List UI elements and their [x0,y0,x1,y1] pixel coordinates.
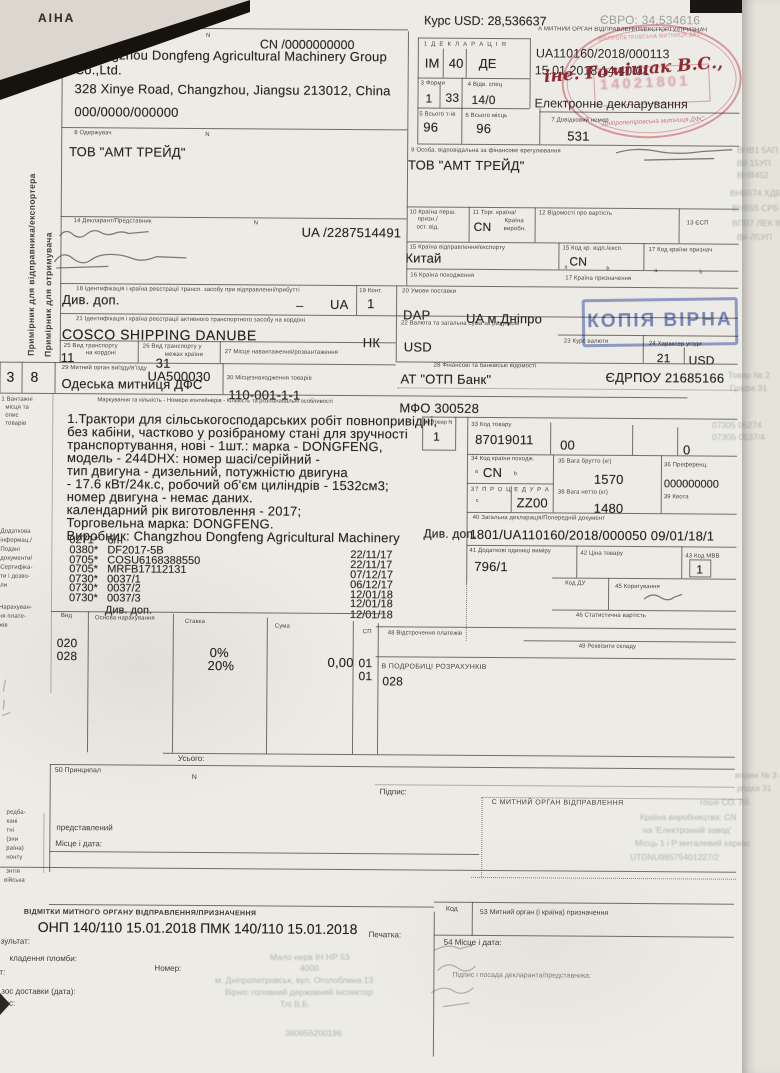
grid-line [49,851,479,855]
box41-label: 41 Додаткові одиниці виміру [469,548,551,555]
grid-line [138,341,139,363]
grid-line [376,626,736,630]
bleed-text: 380656200196 [285,1028,342,1038]
scribble-mark [50,248,200,273]
box28-label: 28 Фінансові та банківські відомості [434,363,537,370]
grid-line [356,285,357,315]
doc-date: 12/01/18 [350,609,393,621]
grid-line [461,78,462,144]
box53-label: 53 Митний орган (і країна) призначення [480,909,608,917]
grid-line [352,621,354,754]
grid-line [407,206,739,209]
kod-du-label: Код ДУ [565,581,585,587]
grid-line [417,107,529,109]
margin-docs-l: ли [0,583,7,589]
grid-line [434,902,734,905]
bleed-text: ВПВ7 ЛЕК ВН [732,218,780,228]
bleed-text: рядка 31 [737,783,772,793]
margin-docs-l: інформац./ [0,538,32,544]
grid-line [418,37,530,39]
bleed-text: воден № 3 — [735,770,780,780]
dotted-line [466,583,467,641]
grid-line [439,85,440,108]
scribble-mark [641,590,685,606]
box2-line4: 000/0000/000000 [74,104,178,120]
grid-line [466,417,468,583]
margin-docs-l: Сертифіка- [0,565,32,571]
margin-docs-l: Подані [0,547,20,553]
total-label: Усього: [178,754,205,763]
box24-v2: USD [689,353,715,367]
box1-im: ІМ [425,56,440,71]
grid-line [553,454,554,512]
dotted-line [398,387,738,390]
t-label: т: [0,968,5,977]
box20-label: 20 Умови поставки [402,288,456,294]
box15-value: Китай [405,250,441,265]
box10-l3: ост. від. [417,224,439,230]
pay-vyd: 028 [57,649,78,663]
grid-line [21,362,22,393]
box32-label: 32 Товар N [424,420,452,426]
box39-label: 39 Квота [664,494,689,500]
bottom-title: ВІДМІТКИ МИТНОГО ОРГАНУ ВІДПРАВЛЕННЯ/ПРИ… [24,909,257,918]
bleed-text: 4000 [300,963,319,973]
copy-digit-3: 3 [7,369,15,385]
box11-l3: виробн. [504,226,526,232]
box19-label: 19 Конт. [359,288,382,294]
grid-line [552,577,736,579]
box4-label: 4 Відв. спец [468,82,503,88]
box46-label: 46 Статистична вартість [576,613,646,619]
grid-line [524,640,736,642]
margin-cargo-l2: місця та [5,405,29,411]
bleed-text: Місць 1 і Р металевий каркас [635,838,750,848]
box8-label: 8 Одержувач [74,130,111,136]
bleed-text: гоше СО. Лб. [700,797,752,807]
grid-line [552,609,736,611]
nomer-label: Номер: [154,964,181,973]
box41-value: 796/1 [474,559,508,574]
bleed-text: Вй-Л5УП [737,232,772,242]
box25-l2: на кордоні [86,350,116,356]
grid-line [377,623,379,754]
box2-n: N [206,33,210,39]
box50-label: 50 Принципал [55,767,101,774]
grid-line [0,867,736,873]
bleed-text: 07305 05274 [712,420,762,430]
margin-fragment: нонту [6,855,22,861]
grid-line [266,617,268,753]
doc-num: 0037/3 [107,592,141,604]
grid-line [558,242,559,269]
box29-label: 29 Митний орган виїзду/в'їзду [62,365,147,372]
grid-line [50,393,53,693]
box3-v1: 1 [425,92,432,106]
margin-fragment: (зни [6,837,18,843]
country-title-overlay: АІНА [38,11,75,25]
grid-line [422,417,423,450]
scribble-mark [423,941,544,1018]
grid-line [466,49,467,78]
grid-line [49,904,434,908]
bleed-text: ВНВ574 ХДБ42БЛХ [730,188,780,198]
box14-value: UA /2287514491 [302,225,402,241]
seal-label: кладення пломби: [9,954,76,963]
grid-line [49,764,51,872]
kod-label: Код [446,906,458,913]
col-sum: Сума [275,624,290,630]
delivery-label: зос доставки (дата): [1,987,75,997]
box5-label: 5 Всього т-ів [419,112,455,118]
pechatka-label: Печатка: [369,930,401,939]
box14-n: N [254,220,258,226]
bleed-text: Вірно: головний державний інспектор [225,987,373,997]
box10-l2: призн./ [418,217,438,223]
grid-line [222,363,223,394]
box50-place: Місце і дата: [55,839,102,848]
grid-line [422,417,737,420]
box10-l1: 10 Країна перш. [410,209,456,215]
grid-line [61,127,407,130]
margin-cargo-l1: 1 Вантажні [1,397,32,403]
pay-sp: 01 [359,656,373,670]
grid-line [684,347,685,363]
box-c-label: С МИТНИЙ ОРГАН ВІДПРАВЛЕННЯ [492,799,624,807]
grid-line [576,546,577,578]
box3-label: 3 Форми [421,81,445,87]
box36-label: 36 Преференц. [664,462,708,468]
box22-label: 22 Валюта та загальна сума за рахунком [401,320,519,327]
box15a-value: CN [569,255,587,269]
grid-line [469,207,470,242]
margin-charges-l: жів [0,623,8,629]
margin-cargo-l3: опис [5,413,18,419]
doc-code: 0730* [69,592,98,604]
box17a-label: 17 Код країни признач [648,247,712,253]
bleed-text: Графа 31 [730,383,767,393]
box2-line3: 328 Xinye Road, Changzhou, Jiangsu 21301… [75,81,391,98]
grid-line [172,614,174,753]
grid-line [455,417,456,450]
pay-rate: 20% [208,658,235,673]
box9-value: ТОВ "АМТ ТРЕЙД" [408,157,525,173]
bleed-text: Мало нерв ІН НР 53 [270,952,350,962]
box33-v1: 87019011 [475,432,534,447]
box35-label: 35 Вага брутто (кг) [558,458,612,464]
grid-line [661,455,662,513]
grid-line [376,656,736,660]
box28-edrpou: ЄДРПОУ 21685166 [606,370,725,386]
col-base: Основа нарахування [95,615,155,621]
bleed-text: ВНВ1 5АП [737,145,778,155]
box30-label: 30 Місцезнаходження товарів [227,375,312,382]
bleed-text: Тлі В.Б. [280,999,310,1009]
box11-value: CN [474,220,492,234]
bleed-text: Товар № 2 [728,370,770,380]
box11-l1: 11 Торг. країна/ [473,210,516,216]
grid-line [406,268,738,271]
grid-line [417,37,419,143]
grid-line [550,422,551,454]
details-code: 028 [382,674,403,688]
copy-receiver-label: Примірник для отримувача [43,135,55,357]
box1-label: 1 Д Е К Л А Р А Ц І Я [424,42,507,49]
box6-label: 6 Всього місць [465,113,507,119]
box17-label: 17 Країна призначення [565,276,631,282]
margin-fragment: кані [6,819,17,825]
box3-v2: 33 [445,91,459,105]
box37-value: ZZ00 [517,495,548,510]
grid-line [529,38,530,108]
copy-digit-8: 8 [31,369,39,385]
box48-label: 48 Відстрочення платежів [388,630,462,637]
box31-label: Маркування та кількість - Номери контейн… [97,397,332,405]
box14-label: 14 Декларант/Представник [74,218,152,225]
onp-line: ОНП 140/110 15.01.2018 ПМК 140/110 15.01… [38,919,358,937]
grid-line [681,546,682,578]
usd-rate: Курс USD: 28,536637 [424,14,547,29]
box50-presented: представлений [56,823,112,832]
box18-code: UA [330,297,349,312]
box18-dash: – [296,298,304,313]
box36-value: 000000000 [664,478,719,490]
box50-sign: Підпис: [380,787,407,796]
box37-c: c [476,498,479,504]
box13-label: 13 ЄСП [687,220,709,226]
grid-line [220,341,221,363]
box19-value: 1 [367,296,375,311]
margin-fragment: раїна) [6,846,24,852]
pay-vyd: 020 [57,636,78,650]
grid-line [632,425,633,455]
box34-value: CN [483,465,502,480]
grid-line [51,611,386,614]
dotted-line [481,797,483,877]
margin-docs-l: Додаткова [0,529,30,535]
box12-label: 12 Відомості про вартість [539,210,612,217]
box15a-label: 15 Код кр. відп./експ. [562,246,622,252]
box35-value: 1570 [594,472,624,487]
margin-docs-l: документи/ [0,556,32,562]
grid-line [422,450,456,451]
box43-value: 1 [696,562,703,576]
box8-value: ТОВ "АМТ ТРЕЙД" [69,144,186,160]
box38-label: 38 Вага нетто (кг) [558,489,608,495]
margin-fragment: тні [6,828,14,834]
margin-docs-l: ти і дозво- [0,574,30,580]
bleed-text: ВНВ452 [737,170,769,180]
grid-line [375,784,735,788]
box5-value: 96 [423,120,438,135]
scribble-mark [614,145,736,166]
box28-bank: АТ "ОТП Банк" [401,371,492,387]
grid-line [163,753,735,758]
box32-value: 1 [433,430,440,444]
result-label: зультат: [1,937,30,946]
box34-a: a [475,469,478,475]
box6-value: 96 [476,121,491,136]
grid-line [0,362,1,393]
copy-true-stamp: КОПІЯ ВІРНА [582,297,739,347]
bleed-text: Країна виробництва: CN [640,812,737,822]
scanned-paper: АІНА (Форма МД-2) 8 Курс USD: 28,536637 … [0,0,780,1073]
bleed-text: Вй 15УП [737,158,771,168]
grid-line [472,902,473,936]
box33-v2: 00 [560,438,575,453]
box34-label: 34 Код країни походж. [471,456,534,462]
grid-line [677,427,678,455]
box11-l2: Країна [505,218,524,224]
box40-label: 40 Загальна декларація/Попередній докуме… [473,515,606,522]
margin-fragment: редба- [7,810,26,816]
grid-line [50,764,735,770]
box18-value: Див. доп. [62,292,120,307]
margin-cargo-l4: товарів [5,421,26,427]
copy-exporter-label: Примірник для відправника/експортера [26,108,38,356]
box42-label: 42 Ціна товару [580,551,623,557]
grid-line [418,77,530,79]
box33-label: 33 Код товару [471,422,511,428]
box9-label: 9 Особа, відповідальна за фінансове врег… [411,147,561,154]
box29-value: Одеська митниця ДФС [61,376,202,392]
margin-fragment: війська [4,878,25,884]
grid-line [43,813,44,873]
bleed-text: UTDNU98575401227/2 [630,852,719,862]
box34-b: b [514,471,517,477]
box1-40: 40 [449,56,464,71]
grid-line [511,486,512,512]
box1-de: ДЕ [479,56,497,71]
details-label: В ПОДРОБИЦІ РОЗРАХУНКІВ [382,663,487,671]
box40-value: 1801/UA110160/2018/000050 09/01/18/1 [469,527,714,544]
grid-line [396,285,398,361]
grid-line [643,243,644,270]
box22-value: USD [404,339,432,354]
grid-line [608,578,609,610]
box16-label: 16 Країна походження [410,272,474,278]
declaration-sheet: АІНА (Форма МД-2) 8 Курс USD: 28,536637 … [0,0,780,1073]
scribble-mark [0,676,17,720]
grid-line [535,207,536,242]
box4-value: 14/0 [471,93,495,107]
grid-line [679,208,680,243]
grid-line [467,483,554,485]
pay-sp: 01 [358,669,372,683]
bleed-text: 0730Б 0537/4 [712,432,765,442]
scribble-mark [57,226,157,243]
margin-charges-l: Нарахуван- [0,605,32,611]
margin-fragment: знтія [6,869,20,875]
pay-sum: 0,00 [328,655,354,670]
col-rate: Ставка [185,619,205,625]
margin-charges-l: ня плате- [0,614,26,620]
dotted-line [471,877,736,880]
box27-label: 27 Місце навантаження/розвантаження [225,349,338,356]
box49-label: 49 Реквізити складу [579,644,636,650]
box21-label: 21 Ідентифікація і країна реєстрації акт… [76,316,305,324]
bleed-text: ВНВ55 СРБ 3 [732,203,780,213]
col-sp: СП [363,629,372,635]
col-vyd: Вид [61,613,72,619]
grid-line [539,108,540,144]
box50-n: N [192,774,197,781]
grid-line [443,49,444,78]
bleed-text: на 'Електронній завод' [643,825,731,835]
bleed-text: м. Дніпропетровськ, вул. Оголоблена 13 [215,975,373,985]
box8-n: N [205,132,209,138]
box25-l1: 25 Вид транспорту [64,343,118,349]
grid-line [54,362,55,393]
grid-line [87,611,89,752]
box26-l1: 26 Вид транспорту у [143,344,202,350]
